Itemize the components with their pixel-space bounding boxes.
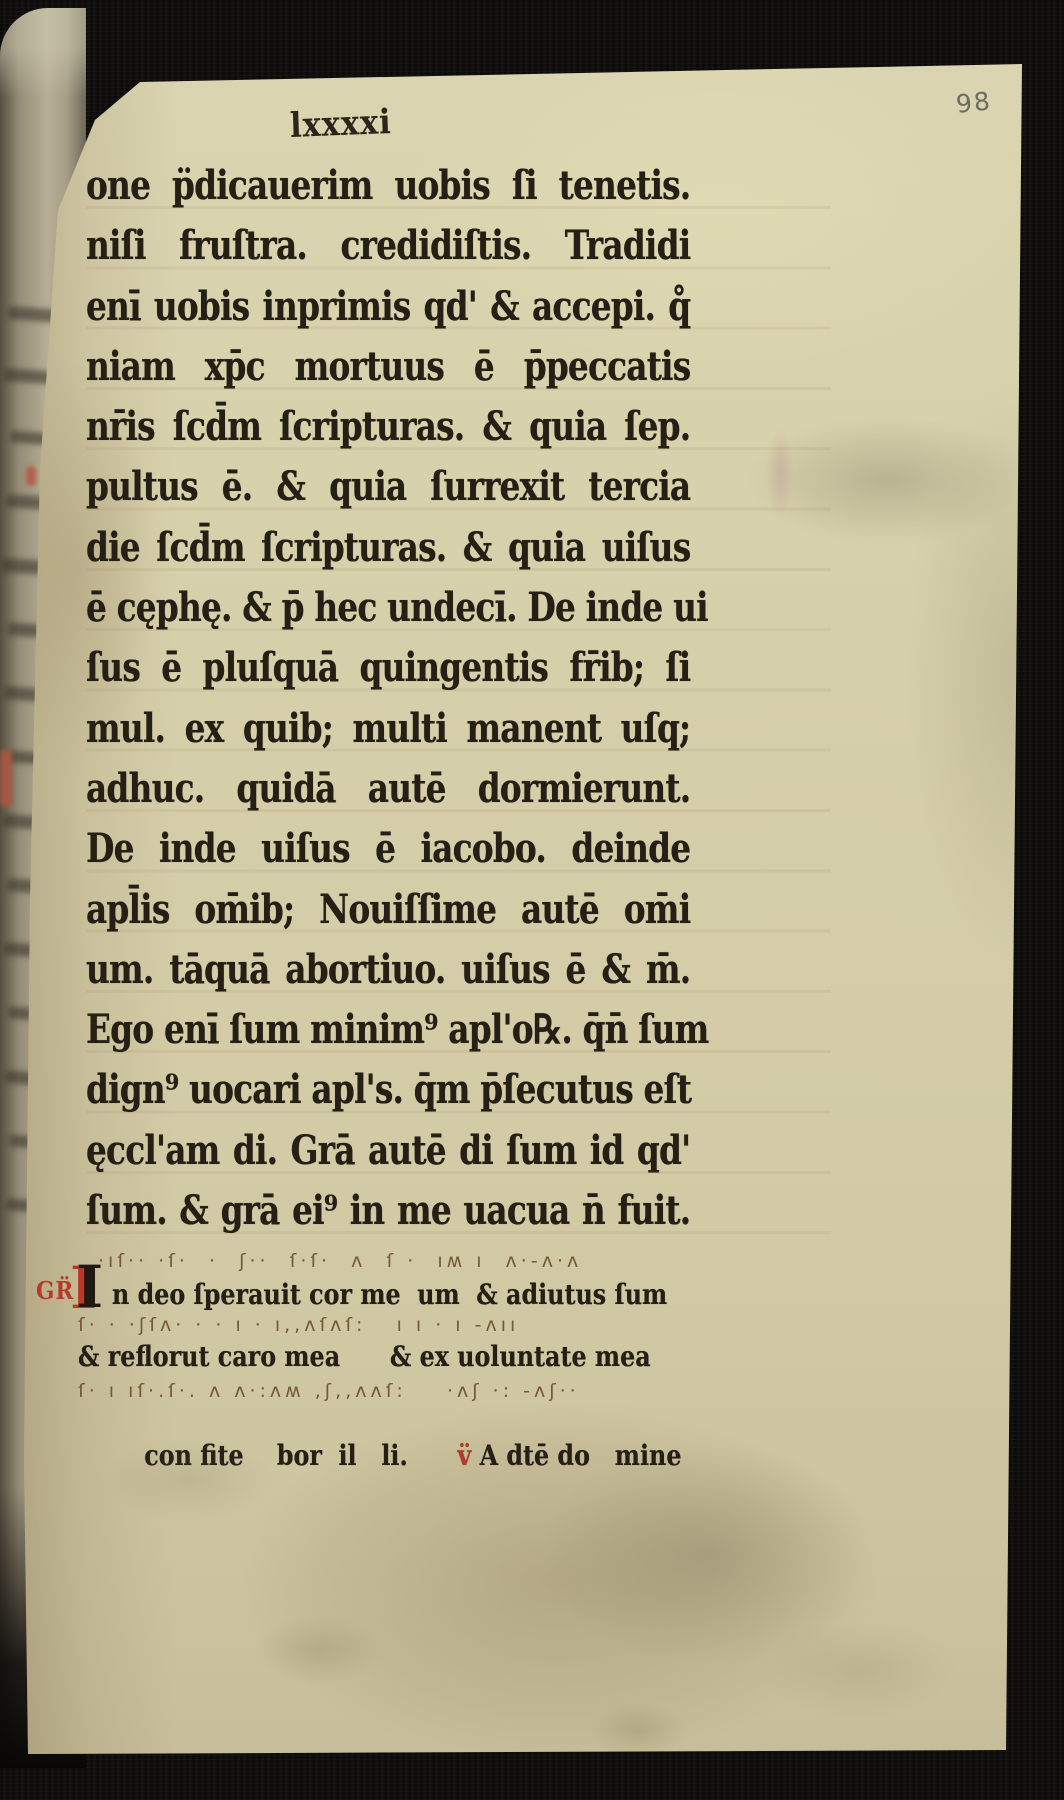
text-line: nr̄is ſcd̄m ſcripturas. & quia ſep. — [86, 403, 690, 463]
chant-text-segment: con fite bor il li. — [144, 1439, 407, 1472]
neume-row: ſ· ı ıſ·.ſ·. ʌ ʌ·:ʌʍ ,ʃ,,ʌʌſ: ·ʌʃ ·: -ʌʃ… — [78, 1380, 580, 1402]
text-line: adhuc. quidā autē dormierunt. — [86, 765, 690, 825]
main-text-block: one p̈dicauerim uobis ſi tenetis. niſi f… — [86, 162, 831, 1247]
chant-text-segment: A dtē do mine — [471, 1439, 681, 1472]
text-line: apl̄is om̄ib; Nouiſſime autē om̄i — [86, 886, 690, 946]
gutter-red-mark — [0, 750, 12, 806]
text-line: um. tāquā abortiuo. uiſus ē & m̄. — [86, 946, 690, 1006]
text-line: ęccl'am di. Grā autē di ſum id qd' — [86, 1127, 690, 1187]
text-line: enī uobis inprimis qd' & accepi. q̊ — [86, 283, 690, 343]
text-line: pultus ē. & quia ſurrexit tercia — [86, 463, 690, 523]
text-line: niam xp̄c mortuus ē p̄peccatis — [86, 343, 690, 403]
gutter-red-mark — [26, 466, 36, 486]
neume-row: ſ· · ·ʃſʌ· · · ı · ı,,ʌſʌſ: ı ı · ı -ʌıı — [78, 1314, 519, 1336]
text-line: dign⁹ uocari apl's. q̄m p̄ſecutus eſt — [86, 1066, 690, 1126]
text-line: die ſcd̄m ſcripturas. & quia uiſus — [86, 524, 690, 584]
chant-text-row: n deo ſperauit cor me um & adiutus ſum — [112, 1278, 667, 1311]
text-line: one p̈dicauerim uobis ſi tenetis. — [86, 162, 690, 222]
pencil-foliation: 98 — [955, 86, 994, 119]
initial-letter-I: I — [76, 1258, 103, 1316]
versus-mark: v̈ — [457, 1439, 471, 1472]
text-line: niſi fruſtra. credidiſtis. Tradidi — [86, 222, 690, 282]
text-line: ſus ē pluſquā quingentis fr̄ib; ſi — [86, 644, 690, 704]
chant-text-row: & reflorut caro mea & ex uoluntate mea — [78, 1340, 651, 1373]
text-line: mul. ex quib; multi manent uſq; — [86, 705, 690, 765]
text-line: ſum. & grā ei⁹ in me uacua n̄ fuit. — [86, 1187, 690, 1247]
chant-text-row: con fite bor il li. v̈ A dtē do mine — [78, 1406, 681, 1505]
chant-section: ·ıſ·· ·ſ· · ʃ·· ſ·ſ· ʌ ſ · ıʍ ı ʌ·-ʌ·ʌ G… — [36, 1250, 756, 1480]
text-line: ē cęphę. & p̄ hec undecī. De inde ui — [86, 584, 690, 644]
folio-number-header: lxxxxi — [289, 102, 392, 146]
gradual-rubric: GR̈ — [36, 1276, 74, 1305]
text-line: De inde uiſus ē iacobo. deinde — [86, 825, 690, 885]
neume-row: ·ıſ·· ·ſ· · ʃ·· ſ·ſ· ʌ ſ · ıʍ ı ʌ·-ʌ·ʌ — [98, 1250, 582, 1272]
manuscript-page: lxxxxi 98 one p̈dicauerim uobis ſi tenet… — [18, 50, 1032, 1762]
text-line: Ego enī ſum minim⁹ apl'o℞. q̄n̄ ſum — [86, 1006, 690, 1066]
